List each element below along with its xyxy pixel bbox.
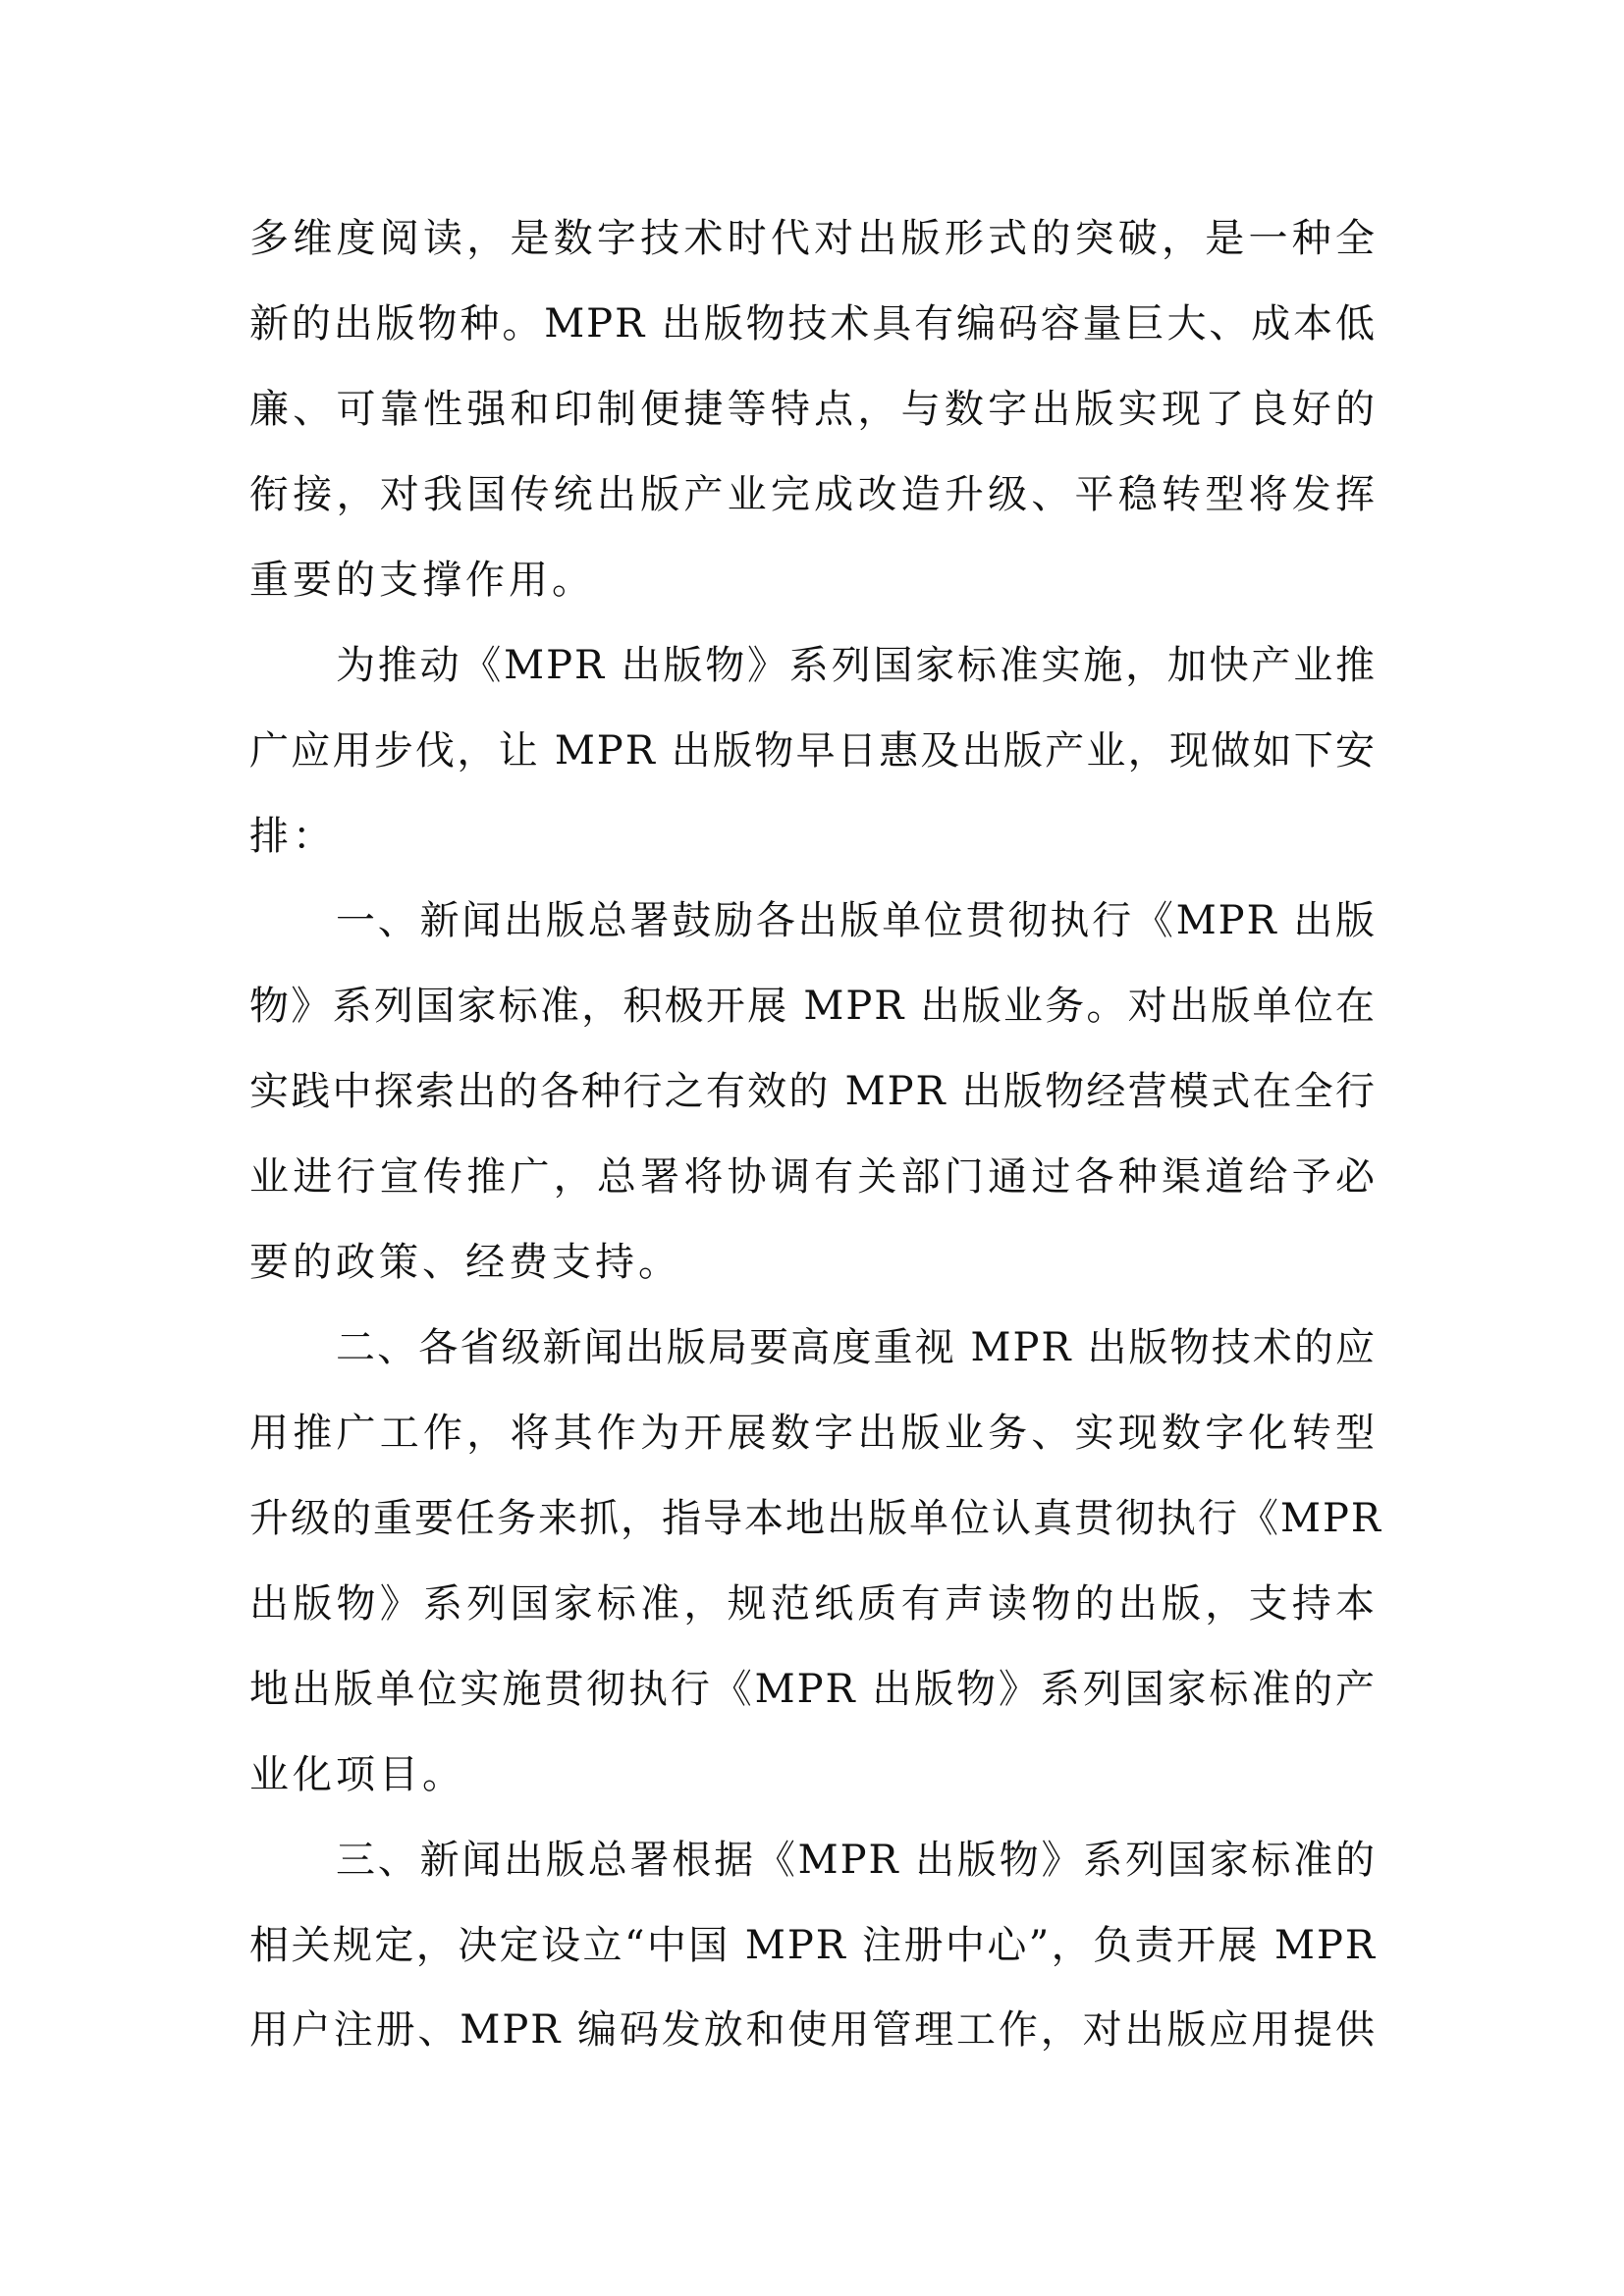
body-text-line: 二、各省级新闻出版局要高度重视 MPR 出版物技术的应 [336, 1323, 1377, 1372]
body-text-line: 重要的支撑作用。 [249, 556, 1377, 605]
body-text-line: 排： [249, 812, 1377, 861]
body-text-line: 为推动《MPR 出版物》系列国家标准实施，加快产业推 [336, 641, 1377, 690]
body-text-line: 实践中探索出的各种行之有效的 MPR 出版物经营模式在全行 [249, 1067, 1377, 1116]
body-text-line: 一、新闻出版总署鼓励各出版单位贯彻执行《MPR 出版 [336, 896, 1377, 945]
body-text-line: 廉、可靠性强和印制便捷等特点，与数字出版实现了良好的 [249, 385, 1377, 434]
body-text-line: 要的政策、经费支持。 [249, 1238, 1377, 1287]
body-text-line: 衔接，对我国传统出版产业完成改造升级、平稳转型将发挥 [249, 470, 1377, 519]
body-text-line: 业化项目。 [249, 1750, 1377, 1799]
body-text-line: 新的出版物种。MPR 出版物技术具有编码容量巨大、成本低 [249, 299, 1377, 348]
body-text-line: 三、新闻出版总署根据《MPR 出版物》系列国家标准的 [336, 1836, 1377, 1885]
body-text-line: 相关规定，决定设立“中国 MPR 注册中心”，负责开展 MPR [249, 1921, 1377, 1970]
body-text-line: 广应用步伐，让 MPR 出版物早日惠及出版产业，现做如下安 [249, 726, 1377, 775]
body-text-line: 多维度阅读，是数字技术时代对出版形式的突破，是一种全 [249, 214, 1377, 263]
body-text-line: 地出版单位实施贯彻执行《MPR 出版物》系列国家标准的产 [249, 1665, 1377, 1714]
document-page: 多维度阅读，是数字技术时代对出版形式的突破，是一种全 新的出版物种。MPR 出版… [0, 0, 1624, 2296]
body-text-line: 用户注册、MPR 编码发放和使用管理工作，对出版应用提供 [249, 2005, 1377, 2055]
body-text-line: 物》系列国家标准，积极开展 MPR 出版业务。对出版单位在 [249, 982, 1377, 1031]
body-text-line: 升级的重要任务来抓，指导本地出版单位认真贯彻执行《MPR [249, 1494, 1377, 1543]
body-text-line: 用推广工作，将其作为开展数字出版业务、实现数字化转型 [249, 1409, 1377, 1458]
body-text-line: 业进行宣传推广，总署将协调有关部门通过各种渠道给予必 [249, 1152, 1377, 1201]
body-text-line: 出版物》系列国家标准，规范纸质有声读物的出版，支持本 [249, 1579, 1377, 1629]
